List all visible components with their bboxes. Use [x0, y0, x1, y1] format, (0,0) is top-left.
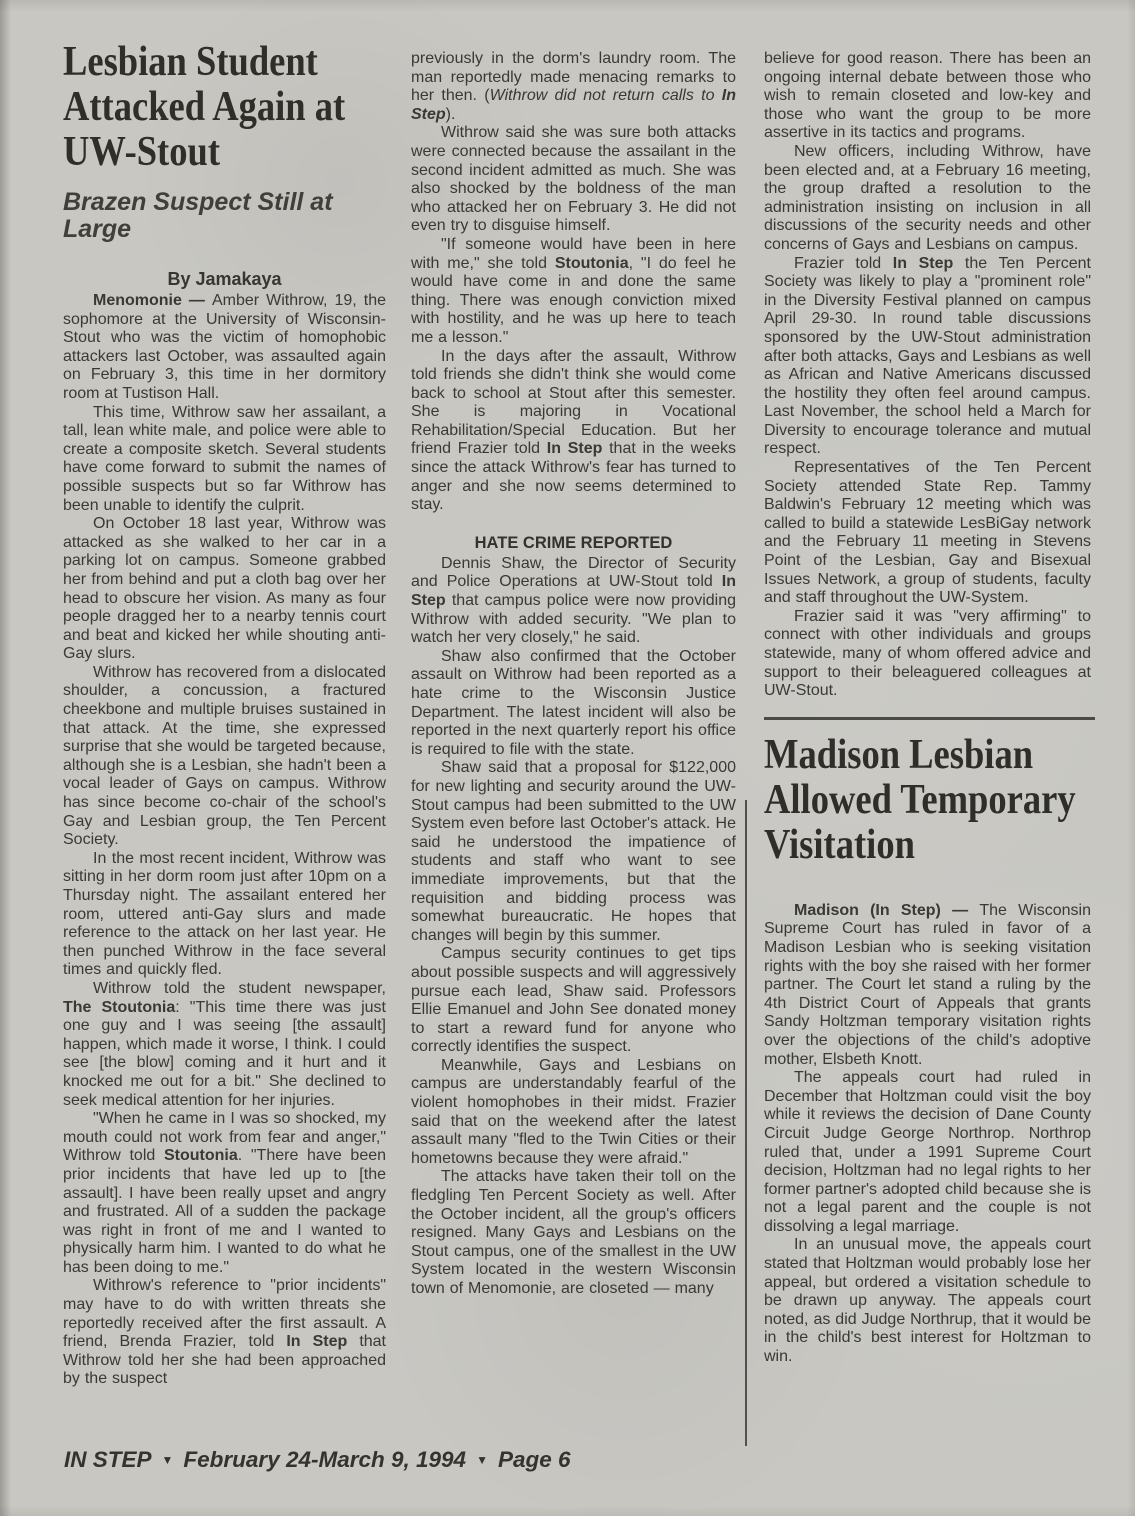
line: Large [63, 215, 131, 243]
publication-name: IN STEP [64, 1447, 152, 1472]
paragraph: The attacks have taken their toll on the… [411, 1168, 736, 1298]
paragraph-continuation: believe for good reason. There has been … [764, 50, 1091, 143]
line: Lesbian Student [63, 39, 318, 85]
text-segment: Madison (In Step) — [794, 902, 979, 919]
paragraph: Representatives of the Ten Percent Socie… [764, 459, 1091, 608]
line: Madison Lesbian [764, 732, 1033, 778]
paragraph: "If someone would have been in here with… [411, 236, 736, 348]
issue-date: February 24-March 9, 1994 [183, 1447, 466, 1472]
text-segment: In an unusual move, the appeals court st… [764, 1236, 1091, 1365]
text-segment: By Jamakaya [167, 269, 281, 289]
paragraph: "When he came in I was so shocked, my mo… [63, 1110, 386, 1277]
text-segment: . "There have been prior incidents that … [63, 1147, 386, 1276]
text-segment: Frazier said it was "very affirming" to … [764, 608, 1091, 699]
column-divider-rule [745, 800, 747, 1446]
column-2: previously in the dorm's laundry room. T… [411, 50, 736, 1299]
paragraph: In an unusual move, the appeals court st… [764, 1236, 1091, 1366]
paragraph: New officers, including Withrow, have be… [764, 143, 1091, 255]
line: Attacked Again at [63, 84, 345, 130]
article-1-subhead: Brazen Suspect Still atLarge [63, 189, 386, 243]
newspaper-page: Lesbian StudentAttacked Again atUW-Stout… [0, 0, 1135, 1516]
paragraph: Frazier said it was "very affirming" to … [764, 608, 1091, 701]
paragraph: Withrow's reference to "prior incidents"… [63, 1277, 386, 1389]
text-segment: HATE CRIME REPORTED [475, 534, 673, 552]
text-segment: Stoutonia [164, 1147, 238, 1164]
paragraph: On October 18 last year, Withrow was att… [63, 515, 386, 664]
text-segment: Stoutonia [555, 255, 629, 272]
text-segment: The appeals court had ruled in December … [764, 1069, 1091, 1235]
text-segment: On October 18 last year, Withrow was att… [63, 515, 386, 662]
text-segment: Withrow has recovered from a dislocated … [63, 664, 386, 848]
paragraph: Campus security continues to get tips ab… [411, 945, 736, 1057]
line: UW-Stout [63, 129, 220, 175]
text-segment: In Step [286, 1333, 347, 1350]
text-segment: the Ten Percent Society was likely to pl… [764, 255, 1091, 458]
paragraph: In the most recent incident, Withrow was… [63, 850, 386, 980]
triangle-separator-icon: ▼ [162, 1453, 174, 1467]
paragraph: This time, Withrow saw her assailant, a … [63, 404, 386, 516]
paragraph: Dennis Shaw, the Director of Security an… [411, 555, 736, 648]
article-divider-rule [764, 717, 1095, 720]
section-heading: HATE CRIME REPORTED [411, 534, 736, 553]
text-segment: Campus security continues to get tips ab… [411, 945, 736, 1055]
text-segment: Withrow told the student newspaper, [93, 980, 386, 997]
paragraph: Withrow said she was sure both attacks w… [411, 124, 736, 236]
text-segment: ). [446, 106, 456, 123]
paragraph: Withrow told the student newspaper, The … [63, 980, 386, 1110]
text-segment: Shaw said that a proposal for $122,000 f… [411, 759, 736, 943]
text-segment: This time, Withrow saw her assailant, a … [63, 404, 386, 514]
paragraph: Withrow has recovered from a dislocated … [63, 664, 386, 850]
text-segment: In Step [547, 440, 603, 457]
paragraph: Shaw also confirmed that the October ass… [411, 648, 736, 760]
text-segment: believe for good reason. There has been … [764, 50, 1091, 141]
paragraph: Shaw said that a proposal for $122,000 f… [411, 759, 736, 945]
paragraph: Meanwhile, Gays and Lesbians on campus a… [411, 1057, 736, 1169]
paragraph: The appeals court had ruled in December … [764, 1069, 1091, 1236]
triangle-separator-icon: ▼ [476, 1453, 488, 1467]
text-segment: Menomonie — [93, 292, 212, 309]
text-segment: In Step [893, 255, 954, 272]
paragraph: Madison (In Step) — The Wisconsin Suprem… [764, 902, 1091, 1069]
text-segment: Shaw also confirmed that the October ass… [411, 648, 736, 758]
line: Brazen Suspect Still at [63, 188, 333, 216]
line: Allowed Temporary [764, 777, 1076, 823]
text-segment: Representatives of the Ten Percent Socie… [764, 459, 1091, 606]
text-segment: Meanwhile, Gays and Lesbians on campus a… [411, 1057, 736, 1167]
paragraph: Frazier told In Step the Ten Percent Soc… [764, 255, 1091, 460]
line: Visitation [764, 822, 915, 868]
page-number: Page 6 [498, 1447, 571, 1472]
text-segment: New officers, including Withrow, have be… [764, 143, 1091, 253]
text-segment: In the most recent incident, Withrow was… [63, 850, 386, 979]
paragraph: In the days after the assault, Withrow t… [411, 348, 736, 515]
column-1: Lesbian StudentAttacked Again atUW-Stout… [63, 40, 386, 1389]
paragraph: Menomonie — Amber Withrow, 19, the sopho… [63, 292, 386, 404]
text-segment: Dennis Shaw, the Director of Security an… [411, 555, 736, 591]
article-2-headline: Madison LesbianAllowed TemporaryVisitati… [764, 733, 1095, 868]
article-1-headline: Lesbian StudentAttacked Again atUW-Stout [63, 40, 394, 175]
text-segment: The Stoutonia [63, 999, 175, 1016]
article-1-byline: By Jamakaya [63, 269, 386, 289]
paragraph-continuation: previously in the dorm's laundry room. T… [411, 50, 736, 124]
page-footer: IN STEP▼February 24-March 9, 1994▼Page 6 [64, 1447, 571, 1473]
text-segment: that campus police were now providing Wi… [411, 592, 736, 646]
text-segment: Frazier told [794, 255, 893, 272]
column-3: believe for good reason. There has been … [764, 50, 1091, 1367]
text-segment: The attacks have taken their toll on the… [411, 1168, 736, 1297]
text-segment: Withrow did not return calls to [490, 87, 722, 104]
text-segment: Withrow said she was sure both attacks w… [411, 124, 736, 234]
text-segment: The Wisconsin Supreme Court has ruled in… [764, 902, 1091, 1068]
